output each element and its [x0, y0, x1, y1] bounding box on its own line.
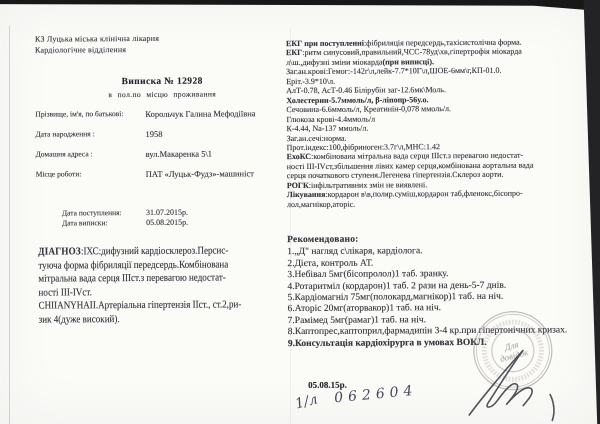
signature-stroke-loops — [487, 351, 533, 408]
recommendation-text: 7.Рамімед 5мг(рамаг)1 таб. на ніч. — [288, 315, 426, 326]
finding-text: лол,магнікор,аторіс. — [287, 199, 355, 208]
document-title: Виписка № 12928 — [47, 76, 277, 87]
recommendation-text: 2.Дієта, контроль АТ. — [287, 258, 373, 269]
finding-text: К-4.44, Na-137 ммоль/л. — [286, 124, 368, 133]
scanned-page: КЗ Луцька міська клінічна лікарня Кардіо… — [0, 0, 600, 424]
field-label: Дата народження : — [35, 129, 145, 140]
finding-bold-text: Холестерин-5.7ммоль/л, β-ліпопр-56у.о. — [286, 95, 428, 105]
signature-stroke-flick — [550, 394, 554, 420]
diagnosis-text: :ІХС:дифузний кардіосклероз.Персис- туюч… — [38, 245, 241, 325]
department-name: Кардіологічне відділення — [35, 44, 159, 56]
finding-text: Сечовина-6.6ммоль/л, Креатинін-0,078 ммо… — [286, 104, 451, 114]
finding-text: серця початкового ступеня.Легенева гіпер… — [287, 170, 504, 180]
recommendation-text: 5.Кардіомагніл 75мг(полокард,магнікор)1 … — [287, 292, 503, 303]
date-value: 05.08.2015р. — [146, 217, 282, 227]
patient-info-section: Прізвище, ім'я, по батькові: Корольчук Г… — [35, 108, 285, 190]
recommendation-text: 3.Небівал 5мг(бісопролол)1 таб. зранку. — [287, 269, 448, 280]
admission-dates-section: Дата поступлення: 31.07.2015р. Дата випи… — [62, 207, 282, 228]
finding-bold-text: Лікування — [287, 190, 326, 199]
date-label: Дата виписки: — [62, 218, 146, 228]
recommendation-text: 6.Аторіс 20мг(аторвакор)1 таб. на ніч. — [288, 304, 442, 315]
letterhead: КЗ Луцька міська клінічна лікарня Кардіо… — [35, 33, 159, 56]
title-block: Виписка № 12928 в пол.по місцю проживанн… — [47, 76, 277, 99]
finding-text: Еріт.-3.9*10\л. — [286, 77, 335, 86]
date-label: Дата поступлення: — [62, 208, 146, 218]
finding-tail-text: :фібриляція передсердь,тахісистолічна фо… — [364, 38, 522, 48]
field-value: ПАТ «Луцьк-Фудз»-машиніст — [146, 168, 286, 179]
finding-line: лол,магнікор,аторіс. — [287, 198, 585, 209]
page-fold-line — [290, 28, 291, 424]
finding-tail-text: :ритм синусовий,правильний,ЧСС-78уд\хв,г… — [302, 47, 522, 57]
findings-section: ЕКГ при поступленні:фібриляція передсерд… — [286, 37, 585, 209]
finding-bold-text: ЕКГ — [286, 48, 302, 57]
recommendation-text: 1.„Д" нагляд с\лікаря, кардіолога. — [287, 247, 422, 258]
field-value: вул.Макаренка 5\1 — [146, 148, 286, 159]
diagnosis-heading: ДІАГНОЗ — [38, 246, 81, 257]
finding-text: Заг.ан.сечі:норма. — [287, 133, 347, 142]
field-label: Прізвище, ім'я, по батькові: — [35, 109, 145, 120]
recommendation-text: 4.Ротаритміл (кордарон)1 таб. 2 рази на … — [287, 280, 506, 291]
diagnosis-section: ДІАГНОЗ:ІХС:дифузний кардіосклероз.Перси… — [38, 244, 293, 327]
finding-tail-text: :інфільтративних змін не виявлені. — [309, 180, 427, 190]
document-destination: в пол.по місцю проживання — [47, 89, 277, 99]
finding-tail-text: :кордарон в\в,поляр.суміш,кордарон таб,ф… — [325, 189, 522, 199]
hospital-name: КЗ Луцька міська клінічна лікарня — [35, 33, 159, 45]
recommendations-heading: Рекомендовано: — [287, 233, 567, 246]
field-label: Місце роботи: — [36, 169, 146, 180]
date-row: Дата поступлення: 31.07.2015р. — [62, 207, 282, 217]
finding-bold-text: ЕКГ при поступленні — [286, 39, 364, 48]
field-label: Домашня адреса : — [36, 149, 146, 160]
field-value: Корольчук Галина Мефодіївна — [145, 108, 285, 119]
field-row: Домашня адреса : вул.Макаренка 5\1 — [36, 148, 286, 160]
field-row: Місце роботи: ПАТ «Луцьк-Фудз»-машиніст — [36, 168, 286, 180]
finding-text: АлТ-0.78, АсТ-0.46 Білірубін заг-12.6мк\… — [286, 85, 446, 95]
finding-text: Заг.ан.крові:Гемог:-142г\л,лейк-7.7*10Г\… — [286, 66, 501, 76]
field-row: Дата народження : 1958 — [35, 128, 285, 140]
field-value: 1958 — [145, 128, 285, 139]
finding-text: Глюкоза крові-4.4ммоль/л — [286, 114, 375, 124]
paper-content: КЗ Луцька міська клінічна лікарня Кардіо… — [0, 0, 600, 424]
field-row: Прізвище, ім'я, по батькові: Корольчук Г… — [35, 108, 285, 120]
finding-bold-text: (при виписці). — [382, 57, 434, 66]
scan-left-edge-line — [9, 26, 10, 424]
date-value: 31.07.2015р. — [146, 207, 282, 217]
finding-text: Прот.індекс:100,фібриноген:3.7г\л,МНС:1.… — [287, 142, 440, 152]
discharge-date: 05.08.15р. — [308, 380, 347, 390]
handwritten-prefix: 1/л — [294, 391, 320, 412]
finding-text: л\ш.,дифузні зміни міокарда — [286, 57, 382, 67]
date-row: Дата виписки: 05.08.2015р. — [62, 217, 282, 227]
signature-scribble — [456, 328, 567, 423]
